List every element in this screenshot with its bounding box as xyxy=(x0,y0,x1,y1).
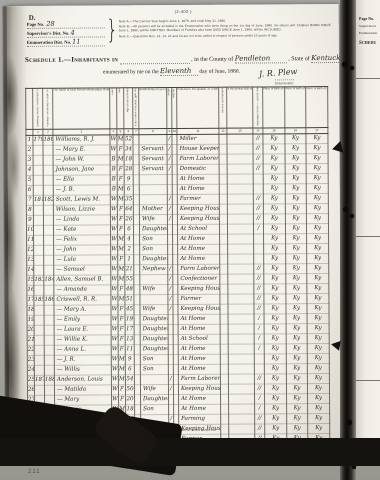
birthplace-person-cell: Ky xyxy=(263,174,285,184)
months-unemployed-cell xyxy=(219,214,227,224)
col-months-unemployed: Months unemployed xyxy=(219,87,227,128)
birthplace-father-cell: Ky xyxy=(286,364,307,374)
sickness-cell xyxy=(228,374,254,384)
occupation-cell: At Home xyxy=(179,394,221,404)
col-dwelling: Dwelling houses numbered in order of vis… xyxy=(33,88,43,129)
dwelling-number-cell xyxy=(34,305,44,315)
color-cell: W xyxy=(111,245,118,255)
birthplace-mother-cell: Ky xyxy=(307,274,329,284)
months-unemployed-cell xyxy=(220,264,228,274)
enumeration-date-suffix: day of June, 1880. xyxy=(199,69,240,75)
birthplace-mother-cell: Ky xyxy=(306,224,328,234)
birthplace-person-cell: Ky xyxy=(264,274,286,284)
name-cell: — Kate xyxy=(53,225,110,235)
months-unemployed-cell xyxy=(219,184,227,194)
age-cell: 35 xyxy=(124,195,133,205)
dwelling-number-cell xyxy=(33,165,43,175)
name-cell: — Felix xyxy=(54,235,111,245)
sex-cell: M xyxy=(118,235,125,245)
age-cell: 4 xyxy=(125,235,134,245)
age-cell: 18 xyxy=(124,155,133,165)
sickness-cell xyxy=(229,404,255,414)
color-cell: W xyxy=(111,335,118,345)
age-cell: 17 xyxy=(125,325,134,335)
birthplace-mother-cell: Ky xyxy=(306,164,328,174)
education-ticks-cell: // xyxy=(253,134,263,144)
birthplace-person-cell: Ky xyxy=(264,364,286,374)
occupation-cell: Confectioner xyxy=(178,274,220,284)
education-ticks-cell: // xyxy=(255,414,265,424)
enumerator-caption: Enumerator. xyxy=(275,79,294,85)
birthplace-mother-cell: Ky xyxy=(307,284,329,294)
dwelling-number-cell xyxy=(34,365,44,375)
dwelling-number-cell xyxy=(33,145,43,155)
family-number-cell xyxy=(44,355,54,365)
sex-cell: M xyxy=(118,365,125,375)
birthplace-father-cell: Ky xyxy=(286,314,307,324)
sickness-cell xyxy=(227,184,253,194)
birthplace-person-cell: Ky xyxy=(264,294,286,304)
months-unemployed-cell xyxy=(219,194,227,204)
education-ticks-cell xyxy=(254,364,264,374)
col-family: Families numbered in order of visitation… xyxy=(43,88,53,129)
occupation-cell: Farmer xyxy=(178,294,220,304)
birthplace-person-cell: Ky xyxy=(263,144,285,154)
enumerated-label: enumerated by me on the xyxy=(103,69,159,75)
months-unemployed-cell xyxy=(220,334,228,344)
age-cell: 50 xyxy=(125,385,134,395)
months-unemployed-cell xyxy=(220,234,228,244)
name-cell: — Samuel xyxy=(54,265,111,275)
binding-gutter xyxy=(340,0,356,480)
binder-hole xyxy=(342,62,347,67)
dwelling-number-cell: 185 xyxy=(34,295,44,305)
months-unemployed-cell xyxy=(220,244,228,254)
occupation-cell: At School xyxy=(177,224,219,234)
dwelling-number-cell xyxy=(33,175,43,185)
months-unemployed-cell xyxy=(220,304,228,314)
adjacent-page-line: Page No. xyxy=(359,16,374,21)
education-ticks-cell: // xyxy=(253,194,263,204)
sickness-cell xyxy=(227,144,253,154)
name-cell: Scott, Lewis M. xyxy=(53,195,110,205)
relationship-cell xyxy=(139,195,167,205)
occupation-cell: House Keeper xyxy=(177,144,219,154)
note-c: Note C.—Questions Nos. 13, 14, 22 and 23… xyxy=(119,33,331,38)
name-cell: — Anna L. xyxy=(54,345,111,355)
name-cell: — Emily xyxy=(54,315,111,325)
birthplace-person-cell: Ky xyxy=(263,194,285,204)
family-number-cell xyxy=(44,255,54,265)
page-no-label: Page No. xyxy=(27,22,44,27)
dwelling-number-cell xyxy=(34,265,44,275)
birthplace-father-cell: Ky xyxy=(285,184,306,194)
dwelling-number-cell xyxy=(34,385,44,395)
brace-glyph: } xyxy=(106,15,118,45)
family-number-cell: 188 xyxy=(44,375,54,385)
months-unemployed-cell xyxy=(220,284,228,294)
family-number-cell: 180 xyxy=(43,135,53,145)
relationship-cell: Servant xyxy=(139,165,167,175)
family-number-cell xyxy=(44,285,54,295)
scan-bottom-band xyxy=(0,438,380,466)
months-unemployed-cell xyxy=(220,384,228,394)
occupation-cell: At Home xyxy=(178,244,220,254)
relationship-cell: Son xyxy=(141,405,169,415)
sickness-cell xyxy=(227,224,253,234)
birthplace-person-cell: Ky xyxy=(264,354,286,364)
birthplace-father-cell: Ky xyxy=(286,294,307,304)
education-ticks-cell: // xyxy=(253,214,263,224)
age-cell: 26 xyxy=(124,215,133,225)
name-cell: Anderson, Louis xyxy=(54,375,111,385)
name-cell: — Mary A. xyxy=(54,305,111,315)
sickness-cell xyxy=(228,274,254,284)
education-ticks-cell: / xyxy=(255,394,265,404)
relationship-cell: Servant xyxy=(139,145,167,155)
relationship-cell: Wife xyxy=(140,385,168,395)
education-ticks-cell: / xyxy=(255,404,265,414)
education-ticks-cell: / xyxy=(254,324,264,334)
dwelling-number-cell: 183 xyxy=(34,275,44,285)
birthplace-father-cell: Ky xyxy=(287,414,308,424)
color-cell: W xyxy=(111,375,118,385)
census-table-header: Dwelling houses numbered in order of vis… xyxy=(26,87,328,136)
adjacent-page-rule xyxy=(356,380,380,381)
occupation-cell: Farm Laborer xyxy=(178,264,220,274)
family-number-cell xyxy=(43,205,53,215)
birthplace-father-cell: Ky xyxy=(285,224,306,234)
relationship-cell: Wife xyxy=(140,305,168,315)
education-ticks-cell: // xyxy=(253,154,263,164)
birthplace-person-cell: Ky xyxy=(263,184,285,194)
education-ticks-cell: / xyxy=(253,224,263,234)
sickness-cell xyxy=(228,324,254,334)
birthplace-mother-cell: Ky xyxy=(307,384,329,394)
occupation-cell: At School xyxy=(178,334,220,344)
birthplace-father-cell: Ky xyxy=(286,304,307,314)
birthplace-person-cell: Ky xyxy=(264,334,286,344)
age-cell: 28 xyxy=(124,165,133,175)
sickness-cell xyxy=(228,234,254,244)
months-unemployed-cell xyxy=(221,404,229,414)
color-cell: W xyxy=(110,215,117,225)
age-cell: 51 xyxy=(125,295,134,305)
sex-cell: F xyxy=(117,145,124,155)
binder-clamp xyxy=(330,339,341,350)
sex-cell: F xyxy=(117,165,124,175)
name-cell: — Willis xyxy=(54,365,111,375)
sickness-cell xyxy=(228,314,254,324)
relationship-cell: Daughter xyxy=(140,325,168,335)
occupation-cell: Domestic xyxy=(177,164,219,174)
occupation-cell: At Home xyxy=(178,314,220,324)
occupation-cell: Keeping House xyxy=(178,384,220,394)
birthplace-person-cell: Ky xyxy=(264,284,286,294)
months-unemployed-cell xyxy=(220,354,228,364)
color-cell: W xyxy=(111,365,118,375)
birthplace-person-cell: Ky xyxy=(264,314,286,324)
sex-cell: F xyxy=(118,285,125,295)
occupation-cell: At Home xyxy=(178,364,220,374)
supervisor-dist-value: 4 xyxy=(71,29,75,37)
color-cell: W xyxy=(111,265,118,275)
birthplace-mother-cell: Ky xyxy=(307,344,329,354)
col-relationship: Relationship of each person to the head … xyxy=(139,88,167,129)
birthplace-mother-cell: Ky xyxy=(308,404,330,414)
occupation-cell: At Home xyxy=(177,174,219,184)
family-number-cell xyxy=(44,335,54,345)
birthplace-person-cell: Ky xyxy=(265,394,287,404)
education-ticks-cell: // xyxy=(254,294,264,304)
birthplace-mother-cell: Ky xyxy=(306,134,328,144)
family-number-cell xyxy=(43,215,53,225)
occupation-cell: At Home xyxy=(178,344,220,354)
name-cell: — Matilda xyxy=(54,385,111,395)
family-number-cell xyxy=(43,225,53,235)
scan-edge-artifact xyxy=(3,6,30,452)
dwelling-number-cell xyxy=(34,245,44,255)
birthplace-father-cell: Ky xyxy=(286,254,307,264)
census-scan: D. (2-402.) Page No. 28 Supervisor's Dis… xyxy=(0,0,380,480)
birthplace-person-cell: Ky xyxy=(264,244,286,254)
state-label: , State of xyxy=(288,56,310,62)
relationship-cell: Son xyxy=(140,245,168,255)
adjacent-page-sliver: Page No. Supervisor's Enumeration Schedu xyxy=(356,0,380,452)
education-ticks-cell: // xyxy=(253,144,263,154)
name-cell: — Lula xyxy=(54,255,111,265)
education-ticks-cell: // xyxy=(254,304,264,314)
age-cell: 54 xyxy=(125,375,134,385)
supervisor-dist-label: Supervisor's Dist. No. xyxy=(27,31,70,36)
months-unemployed-cell xyxy=(221,394,229,404)
birthplace-father-cell: Ky xyxy=(287,394,308,404)
sex-cell: F xyxy=(117,205,124,215)
birthplace-father-cell: Ky xyxy=(286,374,307,384)
col-birthplace-mother: Place of Birth of the Mother of this per… xyxy=(306,87,328,128)
color-cell: W xyxy=(111,275,118,285)
occupation-cell: At Home xyxy=(179,404,221,414)
occupation-cell: Keeping House xyxy=(178,284,220,294)
age-cell: 64 xyxy=(124,205,133,215)
birthplace-father-cell: Ky xyxy=(285,194,306,204)
sex-cell: F xyxy=(118,325,125,335)
dwelling-number-cell xyxy=(34,285,44,295)
family-number-cell xyxy=(44,385,54,395)
color-cell: W xyxy=(111,255,118,265)
birthplace-father-cell: Ky xyxy=(286,344,307,354)
sickness-cell xyxy=(227,194,253,204)
enumeration-dist-label: Enumeration Dist. No. xyxy=(27,40,71,45)
relationship-cell xyxy=(140,295,168,305)
birthplace-person-cell: Ky xyxy=(263,224,285,234)
age-cell: 34 xyxy=(124,145,133,155)
col-occupation: Profession, Occupation, or Trade of each… xyxy=(177,87,219,128)
relationship-cell: Wife xyxy=(140,285,168,295)
occupation-cell: At Home xyxy=(178,234,220,244)
name-cell: Johnson, Jane xyxy=(53,165,110,175)
birthplace-father-cell: Ky xyxy=(286,334,307,344)
family-number-cell: 182 xyxy=(43,195,53,205)
document-page: D. (2-402.) Page No. 28 Supervisor's Dis… xyxy=(7,4,342,452)
color-cell: W xyxy=(111,235,118,245)
dwelling-number-cell: 187 xyxy=(34,375,44,385)
dwelling-number-cell xyxy=(34,235,44,245)
color-cell: W xyxy=(110,135,117,145)
education-ticks-cell: / xyxy=(254,334,264,344)
sex-cell: M xyxy=(117,135,124,145)
relationship-cell: Wife xyxy=(139,215,167,225)
birthplace-mother-cell: Ky xyxy=(306,174,328,184)
col-sickness: Is the person sick or otherwise temporar… xyxy=(227,87,253,128)
color-cell: W xyxy=(111,345,118,355)
color-cell: B xyxy=(110,185,117,195)
sickness-cell xyxy=(228,344,254,354)
family-number-cell xyxy=(43,155,53,165)
occupation-cell: Farming xyxy=(179,414,221,424)
birthplace-person-cell: Ky xyxy=(264,344,286,354)
birthplace-person-cell: Ky xyxy=(264,234,286,244)
birthplace-person-cell: Ky xyxy=(263,214,285,224)
color-cell: W xyxy=(110,195,117,205)
relationship-cell xyxy=(140,275,168,285)
occupation-cell: Miller xyxy=(177,134,219,144)
family-number-cell xyxy=(44,265,54,275)
schedule-title-line: Schedule 1.—Inhabitants in , in the Coun… xyxy=(25,54,329,65)
name-cell: — John xyxy=(54,245,111,255)
birthplace-mother-cell: Ky xyxy=(307,374,329,384)
family-number-cell xyxy=(44,235,54,245)
name-cell: — Laura E. xyxy=(54,325,111,335)
family-number-cell xyxy=(44,365,54,375)
sex-cell: F xyxy=(118,305,125,315)
birthplace-father-cell: Ky xyxy=(285,164,306,174)
months-unemployed-cell xyxy=(219,154,227,164)
birthplace-person-cell: Ky xyxy=(264,374,286,384)
sickness-cell xyxy=(228,384,254,394)
sickness-cell xyxy=(229,414,255,424)
dwelling-number-cell: 181 xyxy=(33,195,43,205)
occupation-cell: At Home xyxy=(177,184,219,194)
months-unemployed-cell xyxy=(221,414,229,424)
color-cell: W xyxy=(111,355,118,365)
months-unemployed-cell xyxy=(220,274,228,284)
relationship-cell xyxy=(139,135,167,145)
sex-cell: M xyxy=(118,275,125,285)
birthplace-mother-cell: Ky xyxy=(306,214,328,224)
birthplace-person-cell: Ky xyxy=(263,134,285,144)
sex-cell: F xyxy=(117,225,124,235)
sickness-cell xyxy=(227,154,253,164)
occupation-cell: Farm Laborer xyxy=(177,154,219,164)
birthplace-father-cell: Ky xyxy=(286,244,307,254)
months-unemployed-cell xyxy=(220,344,228,354)
relationship-cell xyxy=(139,185,167,195)
sickness-cell xyxy=(228,244,254,254)
enumerator-signature: J. R. Plew xyxy=(259,67,298,79)
family-number-cell xyxy=(43,185,53,195)
birthplace-person-cell: Ky xyxy=(264,384,286,394)
relationship-cell: Daughter xyxy=(140,315,168,325)
education-ticks-cell xyxy=(253,184,263,194)
birthplace-mother-cell: Ky xyxy=(307,334,329,344)
age-cell: 6 xyxy=(124,185,133,195)
sex-cell: F xyxy=(118,345,125,355)
relationship-cell: Son xyxy=(140,235,168,245)
color-cell: W xyxy=(111,295,118,305)
months-unemployed-cell xyxy=(220,314,228,324)
occupation-cell: Keeping House xyxy=(177,204,219,214)
sex-cell: M xyxy=(117,185,124,195)
age-cell: 20 xyxy=(126,395,135,405)
family-number-cell xyxy=(44,325,54,335)
sex-cell: M xyxy=(117,195,124,205)
enumeration-date-line: enumerated by me on the Eleventh day of … xyxy=(103,67,240,77)
sickness-cell xyxy=(227,174,253,184)
birthplace-father-cell: Ky xyxy=(286,264,307,274)
binder-hole xyxy=(343,207,348,212)
color-cell: B xyxy=(110,155,117,165)
name-cell: — Amanda xyxy=(54,285,111,295)
months-unemployed-cell xyxy=(219,144,227,154)
birthplace-mother-cell: Ky xyxy=(306,144,328,154)
age-cell: 45 xyxy=(125,305,134,315)
birthplace-person-cell: Ky xyxy=(264,304,286,314)
name-cell: — Ella xyxy=(53,175,110,185)
birthplace-father-cell: Ky xyxy=(285,174,306,184)
form-number: (2-402.) xyxy=(175,9,192,14)
education-ticks-cell: // xyxy=(253,164,263,174)
sickness-cell xyxy=(228,364,254,374)
relationship-cell: Servant xyxy=(139,155,167,165)
dwelling-number-cell xyxy=(34,315,44,325)
relationship-cell xyxy=(139,175,167,185)
color-cell: W xyxy=(110,145,117,155)
sex-cell: M xyxy=(118,245,125,255)
sex-cell: F xyxy=(118,335,125,345)
enumeration-dist-value: 11 xyxy=(72,38,80,46)
sickness-cell xyxy=(228,294,254,304)
color-cell: W xyxy=(111,385,118,395)
birthplace-father-cell: Ky xyxy=(286,324,307,334)
dwelling-number-cell: 179 xyxy=(33,135,43,145)
color-cell: W xyxy=(111,305,118,315)
color-cell: W xyxy=(111,315,118,325)
enumeration-dist-line: Enumeration Dist. No. 11 xyxy=(27,37,105,46)
binder-hole xyxy=(347,420,352,425)
family-number-cell xyxy=(43,175,53,185)
months-unemployed-cell xyxy=(219,134,227,144)
col-birthplace-person: Place of Birth of this person. xyxy=(263,87,285,128)
age-cell: 9 xyxy=(125,355,134,365)
birthplace-father-cell: Ky xyxy=(286,274,307,284)
dwelling-number-cell xyxy=(33,225,43,235)
birthplace-person-cell: Ky xyxy=(264,264,286,274)
instruction-notes: Note A.—The Census Year begins June 1, 1… xyxy=(119,18,331,39)
birthplace-mother-cell: Ky xyxy=(308,394,330,404)
sickness-cell xyxy=(228,254,254,264)
birthplace-mother-cell: Ky xyxy=(307,234,329,244)
age-cell: 9 xyxy=(124,175,133,185)
birthplace-person-cell: Ky xyxy=(265,404,287,414)
birthplace-mother-cell: Ky xyxy=(307,294,329,304)
age-cell: 55 xyxy=(125,275,134,285)
education-ticks-cell: // xyxy=(253,204,263,214)
sickness-cell xyxy=(227,164,253,174)
dwelling-number-cell xyxy=(33,185,43,195)
family-number-cell xyxy=(44,345,54,355)
occupation-cell: Farm Laborer xyxy=(178,374,220,384)
